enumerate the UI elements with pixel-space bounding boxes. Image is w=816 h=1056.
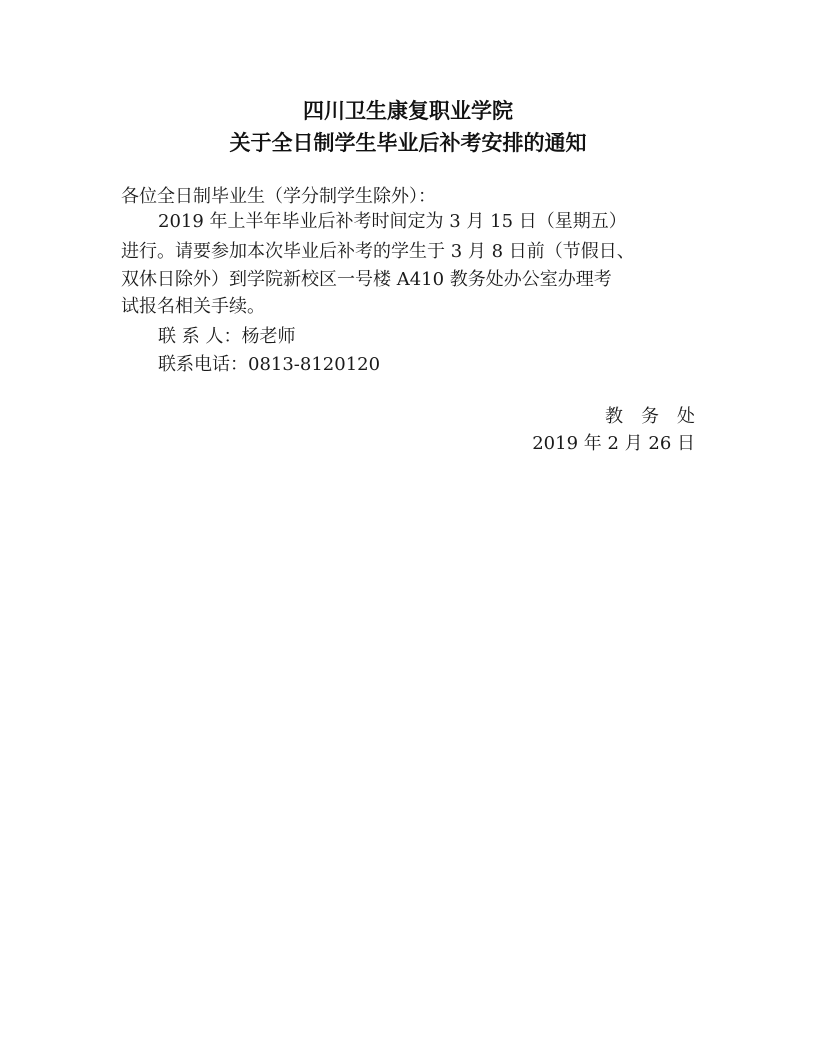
body-line-4: 试报名相关手续。 [121, 293, 265, 321]
contact-person: 联 系 人：杨老师 [158, 323, 295, 351]
signature-date: 2019 年 2 月 26 日 [532, 430, 695, 458]
body-line-2: 进行。请要参加本次毕业后补考的学生于 3 月 8 日前（节假日、 [121, 238, 635, 266]
signature-department: 教 务 处 [605, 403, 695, 431]
document-title-institution: 四川卫生康复职业学院 [0, 96, 816, 126]
document-page: 四川卫生康复职业学院 关于全日制学生毕业后补考安排的通知 各位全日制毕业生（学分… [0, 0, 816, 1056]
salutation: 各位全日制毕业生（学分制学生除外）： [121, 183, 436, 211]
body-line-3: 双休日除外）到学院新校区一号楼 A410 教务处办公室办理考 [121, 266, 612, 294]
contact-phone: 联系电话：0813-8120120 [158, 351, 380, 379]
body-line-1: 2019 年上半年毕业后补考时间定为 3 月 15 日（星期五） [158, 208, 627, 236]
document-title-notice: 关于全日制学生毕业后补考安排的通知 [0, 128, 816, 158]
